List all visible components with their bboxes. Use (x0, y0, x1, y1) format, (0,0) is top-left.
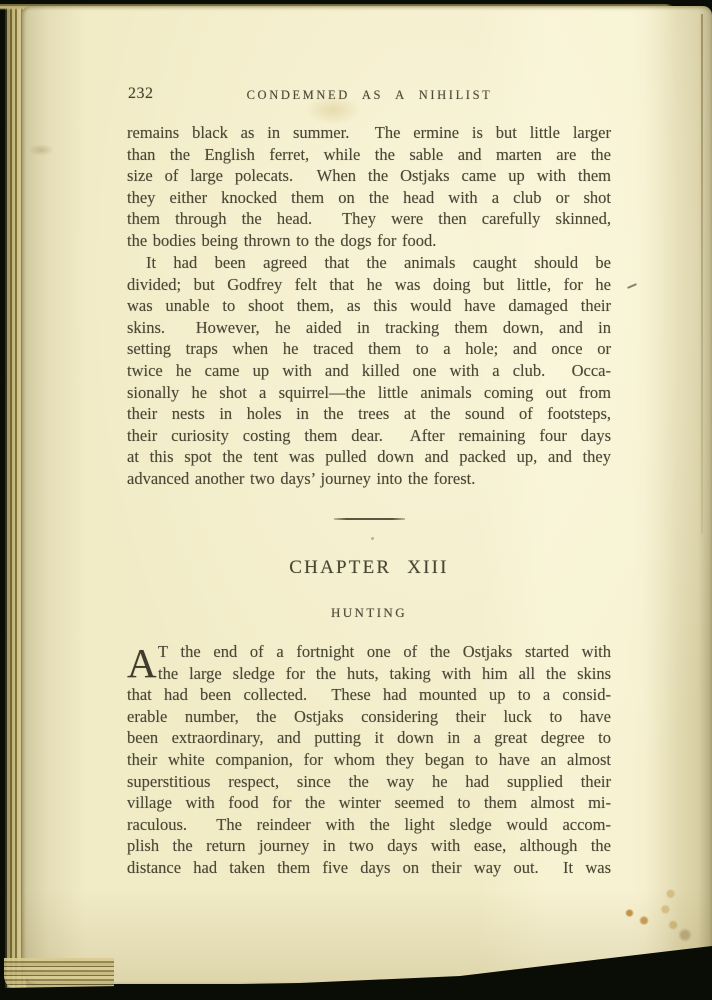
foxing-spot (639, 916, 649, 925)
text-line: It had been agreed that the animals caug… (127, 252, 611, 274)
text-line: their curiosity costing them dear. After… (127, 425, 611, 447)
text-line: raculous. The reindeer with the light sl… (127, 814, 611, 836)
text-line: superstitious respect, since the way he … (127, 771, 611, 793)
text-line: advanced another two days’ journey into … (127, 468, 611, 490)
scanned-book-photo: 232 CONDEMNED AS A NIHILIST remains blac… (0, 0, 712, 1000)
chapter-heading: CHAPTER XIII (127, 557, 611, 579)
chapter-first-paragraph: T the end of a fortnight one of the Ostj… (127, 641, 611, 879)
book-page-edges-bottom-left (4, 958, 114, 990)
text-line: plish the return journey in two days wit… (127, 835, 611, 857)
text-line: the large sledge for the huts, taking wi… (127, 663, 611, 685)
paper-smudge (28, 144, 54, 156)
foxing-smudge (678, 928, 692, 942)
text-line: at this spot the tent was pulled down an… (127, 446, 611, 468)
text-line: than the English ferret, while the sable… (127, 144, 611, 166)
text-line: erable number, the Ostjaks considering t… (127, 706, 611, 728)
text-line: divided; but Godfrey felt that he was do… (127, 274, 611, 296)
paragraph-continuation: remains black as in summer. The ermine i… (127, 122, 611, 252)
text-line: size of large polecats. When the Ostjaks… (127, 165, 611, 187)
page-header: 232 CONDEMNED AS A NIHILIST (127, 85, 612, 105)
text-line: their white companion, for whom they beg… (127, 749, 611, 771)
paragraph: It had been agreed that the animals caug… (127, 252, 611, 490)
page-text-layer: 232 CONDEMNED AS A NIHILIST remains blac… (0, 0, 712, 1000)
text-line: the bodies being thrown to the dogs for … (127, 230, 611, 252)
text-line: skins. However, he aided in tracking the… (127, 317, 611, 339)
text-line: T the end of a fortnight one of the Ostj… (127, 641, 611, 663)
text-line: been extraordinary, and putting it down … (127, 727, 611, 749)
text-line: distance had taken them five days on the… (127, 857, 611, 879)
text-line: was unable to shoot them, as this would … (127, 295, 611, 317)
text-line: they either knocked them on the head wit… (127, 187, 611, 209)
text-line: remains black as in summer. The ermine i… (127, 122, 611, 144)
chapter-subheading: HUNTING (127, 605, 611, 621)
text-line: village with food for the winter seemed … (127, 792, 611, 814)
text-line: setting traps when he traced them to a h… (127, 338, 611, 360)
text-line: that had been collected. These had mount… (127, 684, 611, 706)
text-line: sionally he shot a squirrel—the little a… (127, 382, 611, 404)
foxing-spot-cluster (655, 886, 681, 938)
paper-speck (371, 537, 374, 540)
running-title: CONDEMNED AS A NIHILIST (127, 88, 612, 103)
pencil-mark (627, 283, 637, 289)
foxing-spot (625, 909, 634, 917)
section-divider-rule (334, 518, 405, 520)
text-line: their nests in holes in the trees at the… (127, 403, 611, 425)
text-line: twice he came up with and killed one wit… (127, 360, 611, 382)
text-line: them through the head. They were then ca… (127, 208, 611, 230)
paper-stain (305, 95, 361, 125)
